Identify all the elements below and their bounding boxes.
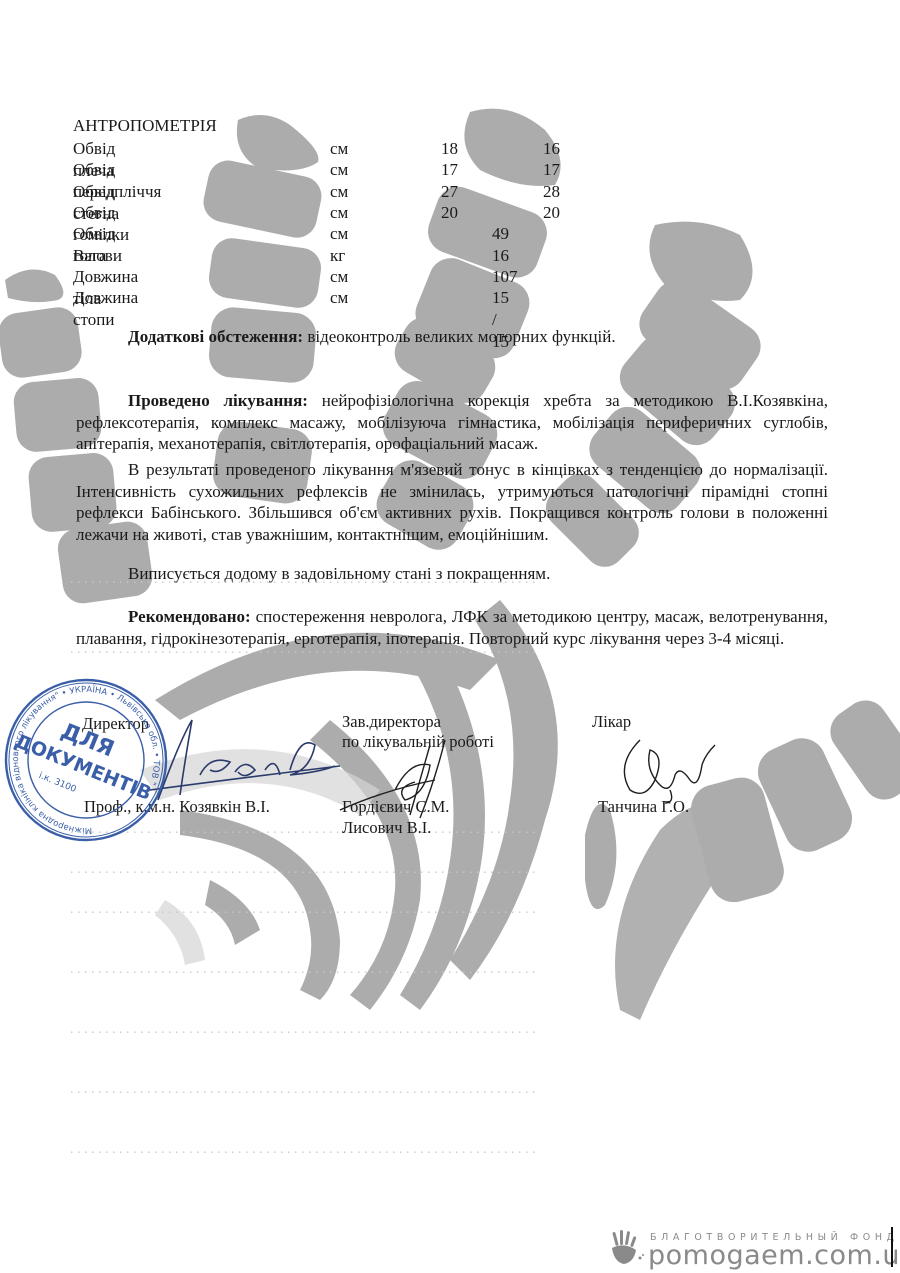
deputy-name-line2: Лисович В.І. [342,818,431,838]
discharge-text: Виписується додому в задовільному стані … [128,564,550,583]
measure-value-right: 20 [543,202,560,224]
additional-examinations: Додаткові обстеження: відеоконтроль вели… [76,326,828,348]
recommended-paragraph: Рекомендовано: спостереження невролога, … [76,606,828,649]
discharge-paragraph: Виписується додому в задовільному стані … [76,563,828,585]
measure-unit: см [330,223,348,245]
measure-value-left: 18 [441,138,458,160]
measure-unit: кг [330,245,345,267]
doctor-title: Лікар [592,712,631,732]
measure-value-right: 16 [543,138,560,160]
additional-label: Додаткові обстеження: [128,327,303,346]
treatment-label: Проведено лікування: [128,391,308,410]
measure-label: Довжина стопи [73,287,138,331]
clinic-stamp: Міжнародна клініка відновного лікування"… [2,676,170,844]
measure-value-left: 27 [441,181,458,203]
footer-divider [891,1227,893,1267]
measure-unit: см [330,287,348,309]
measure-value: 16 [492,245,509,267]
measure-value: 49 [492,223,509,245]
measure-value-right: 28 [543,181,560,203]
additional-text: відеоконтроль великих моторних функцій. [303,327,616,346]
measure-value-right: 17 [543,159,560,181]
hand-logo-icon [606,1228,646,1268]
measure-unit: см [330,202,348,224]
deputy-signature [335,740,475,820]
measure-unit: см [330,138,348,160]
measure-unit: см [330,266,348,288]
recommended-label: Рекомендовано: [128,607,251,626]
measure-label: Вага [73,245,106,267]
doctor-signature [610,735,720,805]
measure-value-left: 20 [441,202,458,224]
deputy-title-line1: Зав.директора [342,712,441,732]
measure-value-left: 17 [441,159,458,181]
director-signature [140,700,340,810]
anthropometry-title: АНТРОПОМЕТРІЯ [73,116,217,136]
fund-site: pomogaem.com.ua [648,1240,900,1271]
measure-unit: см [330,159,348,181]
measure-value: 107 [492,266,518,288]
treatment-paragraph: Проведено лікування: нейрофізіологічна к… [76,390,828,455]
result-text: В результаті проведеного лікування м'язе… [76,460,828,544]
result-paragraph: В результаті проведеного лікування м'язе… [76,459,828,545]
measure-unit: см [330,181,348,203]
